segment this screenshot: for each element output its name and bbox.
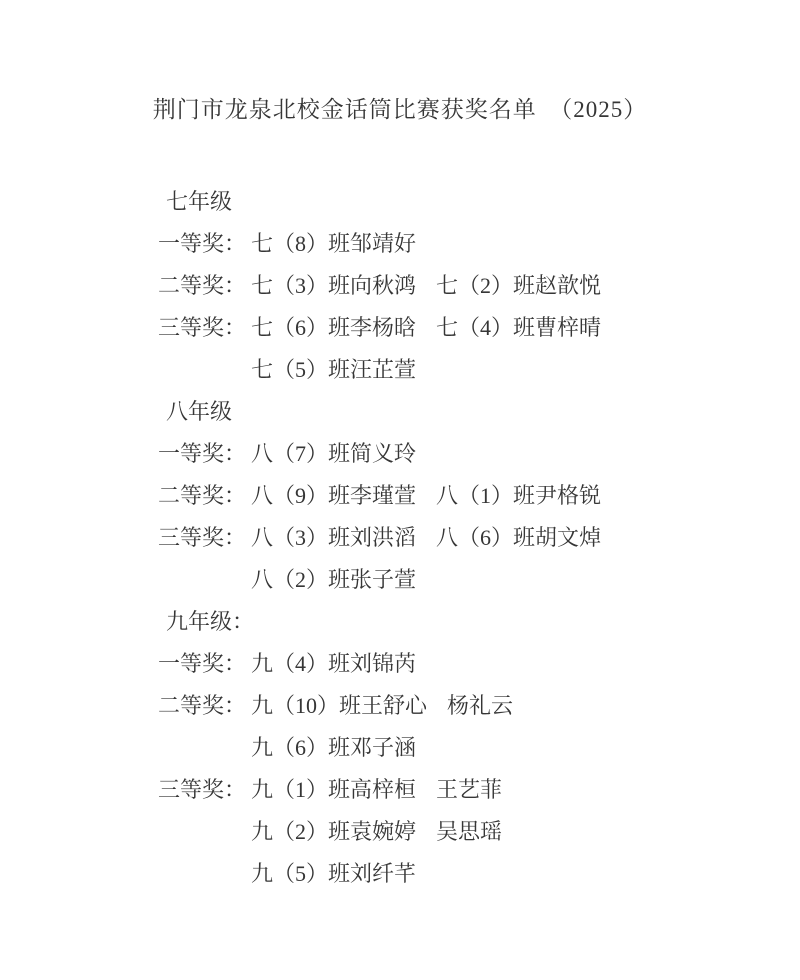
- winner-entry: 七（4）班曹梓晴: [436, 315, 601, 340]
- winner-entry: 八（6）班胡文焯: [436, 525, 601, 550]
- winner-entry: 九（6）班邓子涵: [251, 735, 416, 760]
- award-row: 九（5）班刘纤芊: [158, 853, 800, 895]
- winner-entry: 八（3）班刘洪滔: [251, 525, 416, 550]
- winner-entry: 七（6）班李杨晗: [251, 315, 416, 340]
- award-rank-label: 一等奖：: [158, 433, 251, 475]
- award-row: 一等奖：九（4）班刘锦芮: [158, 643, 800, 685]
- award-rank-label: 二等奖：: [158, 265, 251, 307]
- winner-entry: 九（4）班刘锦芮: [251, 651, 416, 676]
- winner-entry: 七（8）班邹靖好: [251, 231, 416, 256]
- winner-entry: 七（5）班汪芷萱: [251, 357, 416, 382]
- winner-entry: 杨礼云: [447, 693, 513, 718]
- award-list: 七年级一等奖：七（8）班邹靖好二等奖：七（3）班向秋鸿七（2）班赵歆悦三等奖：七…: [158, 181, 800, 895]
- winner-entry: 七（2）班赵歆悦: [436, 273, 601, 298]
- award-row: 一等奖：七（8）班邹靖好: [158, 223, 800, 265]
- document-page: 荆门市龙泉北校金话筒比赛获奖名单 （2025） 七年级一等奖：七（8）班邹靖好二…: [0, 0, 800, 980]
- award-rank-label: 一等奖：: [158, 643, 251, 685]
- grade-header: 九年级：: [158, 601, 800, 643]
- grade-header: 八年级: [158, 391, 800, 433]
- award-row: 九（2）班袁婉婷吴思瑶: [158, 811, 800, 853]
- document-title: 荆门市龙泉北校金话筒比赛获奖名单 （2025）: [0, 94, 800, 126]
- winner-entry: 八（2）班张子萱: [251, 567, 416, 592]
- award-row: 三等奖：八（3）班刘洪滔八（6）班胡文焯: [158, 517, 800, 559]
- grade-header: 七年级: [158, 181, 800, 223]
- winner-entry: 王艺菲: [436, 777, 502, 802]
- award-rank-label: 三等奖：: [158, 769, 251, 811]
- award-row: 二等奖：九（10）班王舒心杨礼云: [158, 685, 800, 727]
- award-row: 二等奖：八（9）班李瑾萱八（1）班尹格锐: [158, 475, 800, 517]
- award-rank-label: 二等奖：: [158, 685, 251, 727]
- winner-entry: 九（1）班高梓桓: [251, 777, 416, 802]
- award-row: 三等奖：七（6）班李杨晗七（4）班曹梓晴: [158, 307, 800, 349]
- award-row: 二等奖：七（3）班向秋鸿七（2）班赵歆悦: [158, 265, 800, 307]
- award-rank-label: 三等奖：: [158, 307, 251, 349]
- award-rank-label: 二等奖：: [158, 475, 251, 517]
- award-row: 八（2）班张子萱: [158, 559, 800, 601]
- award-row: 三等奖：九（1）班高梓桓王艺菲: [158, 769, 800, 811]
- award-rank-label: 一等奖：: [158, 223, 251, 265]
- award-row: 一等奖：八（7）班简义玲: [158, 433, 800, 475]
- winner-entry: 九（10）班王舒心: [251, 693, 427, 718]
- winner-entry: 八（9）班李瑾萱: [251, 483, 416, 508]
- award-row: 七（5）班汪芷萱: [158, 349, 800, 391]
- winner-entry: 九（5）班刘纤芊: [251, 861, 416, 886]
- winner-entry: 吴思瑶: [436, 819, 502, 844]
- award-row: 九（6）班邓子涵: [158, 727, 800, 769]
- winner-entry: 八（7）班简义玲: [251, 441, 416, 466]
- winner-entry: 七（3）班向秋鸿: [251, 273, 416, 298]
- winner-entry: 八（1）班尹格锐: [436, 483, 601, 508]
- winner-entry: 九（2）班袁婉婷: [251, 819, 416, 844]
- award-rank-label: 三等奖：: [158, 517, 251, 559]
